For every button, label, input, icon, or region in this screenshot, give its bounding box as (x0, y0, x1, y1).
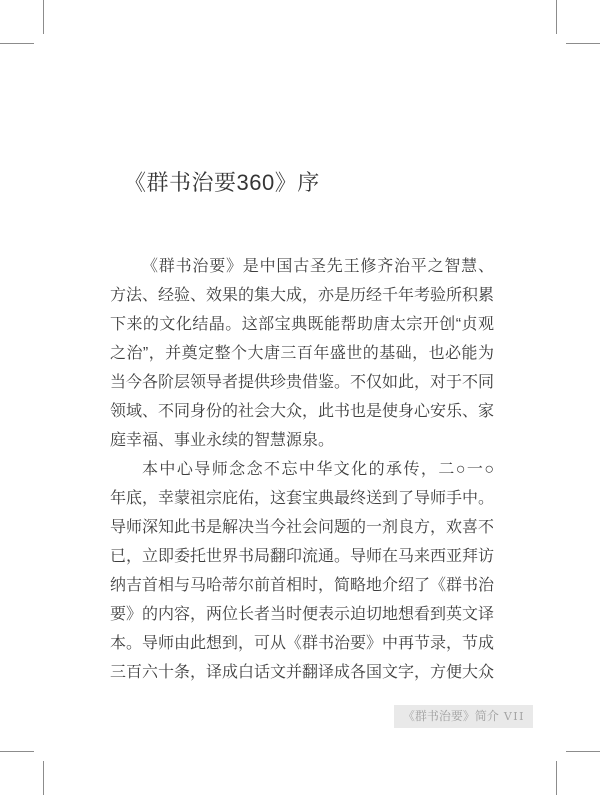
text-line: 本中心导师念念不忘中华文化的承传，二○一○ (110, 455, 494, 484)
text-line: 三百六十条，译成白话文并翻译成各国文字，方便大众 (110, 658, 494, 687)
footer-page-number: VII (504, 710, 525, 723)
crop-mark-top-right-vertical (556, 0, 557, 34)
text-line: 本。导师由此想到，可从《群书治要》中再节录，节成 (110, 629, 494, 658)
text-line: 当今各阶层领导者提供珍贵借鉴。不仅如此，对于不同 (110, 368, 494, 397)
crop-mark-top-left-vertical (43, 0, 44, 34)
crop-mark-bottom-right-vertical (556, 761, 557, 795)
body-text: 《群书治要》是中国古圣先王修齐治平之智慧、 方法、经验、效果的集大成，亦是历经千… (110, 252, 494, 687)
text-line: 领域、不同身份的社会大众，此书也是使身心安乐、家 (110, 397, 494, 426)
text-line: 下来的文化结晶。这部宝典既能帮助唐太宗开创“贞观 (110, 310, 494, 339)
book-page: 《群书治要360》序 《群书治要》是中国古圣先王修齐治平之智慧、 方法、经验、效… (0, 0, 600, 795)
text-line: 之治”，并奠定整个大唐三百年盛世的基础，也必能为 (110, 339, 494, 368)
running-footer: 《群书治要》简介VII (394, 705, 533, 728)
text-line: 要》的内容，两位长者当时便表示迫切地想看到英文译 (110, 600, 494, 629)
text-line: 年底，幸蒙祖宗庇佑，这套宝典最终送到了导师手中。 (110, 484, 494, 513)
text-line: 《群书治要》是中国古圣先王修齐治平之智慧、 (110, 252, 494, 281)
text-line: 方法、经验、效果的集大成，亦是历经千年考验所积累 (110, 281, 494, 310)
crop-mark-top-left-horizontal (0, 43, 34, 44)
crop-mark-bottom-left-vertical (43, 761, 44, 795)
text-line: 已，立即委托世界书局翻印流通。导师在马来西亚拜访 (110, 542, 494, 571)
text-line: 导师深知此书是解决当今社会问题的一剂良方，欢喜不 (110, 513, 494, 542)
page-title: 《群书治要360》序 (124, 166, 320, 197)
crop-mark-bottom-right-horizontal (566, 751, 600, 752)
footer-book-label: 《群书治要》简介 (403, 709, 499, 723)
text-line: 庭幸福、事业永续的智慧源泉。 (110, 426, 494, 455)
crop-mark-top-right-horizontal (566, 43, 600, 44)
text-line: 纳吉首相与马哈蒂尔前首相时，简略地介绍了《群书治 (110, 571, 494, 600)
crop-mark-bottom-left-horizontal (0, 751, 34, 752)
